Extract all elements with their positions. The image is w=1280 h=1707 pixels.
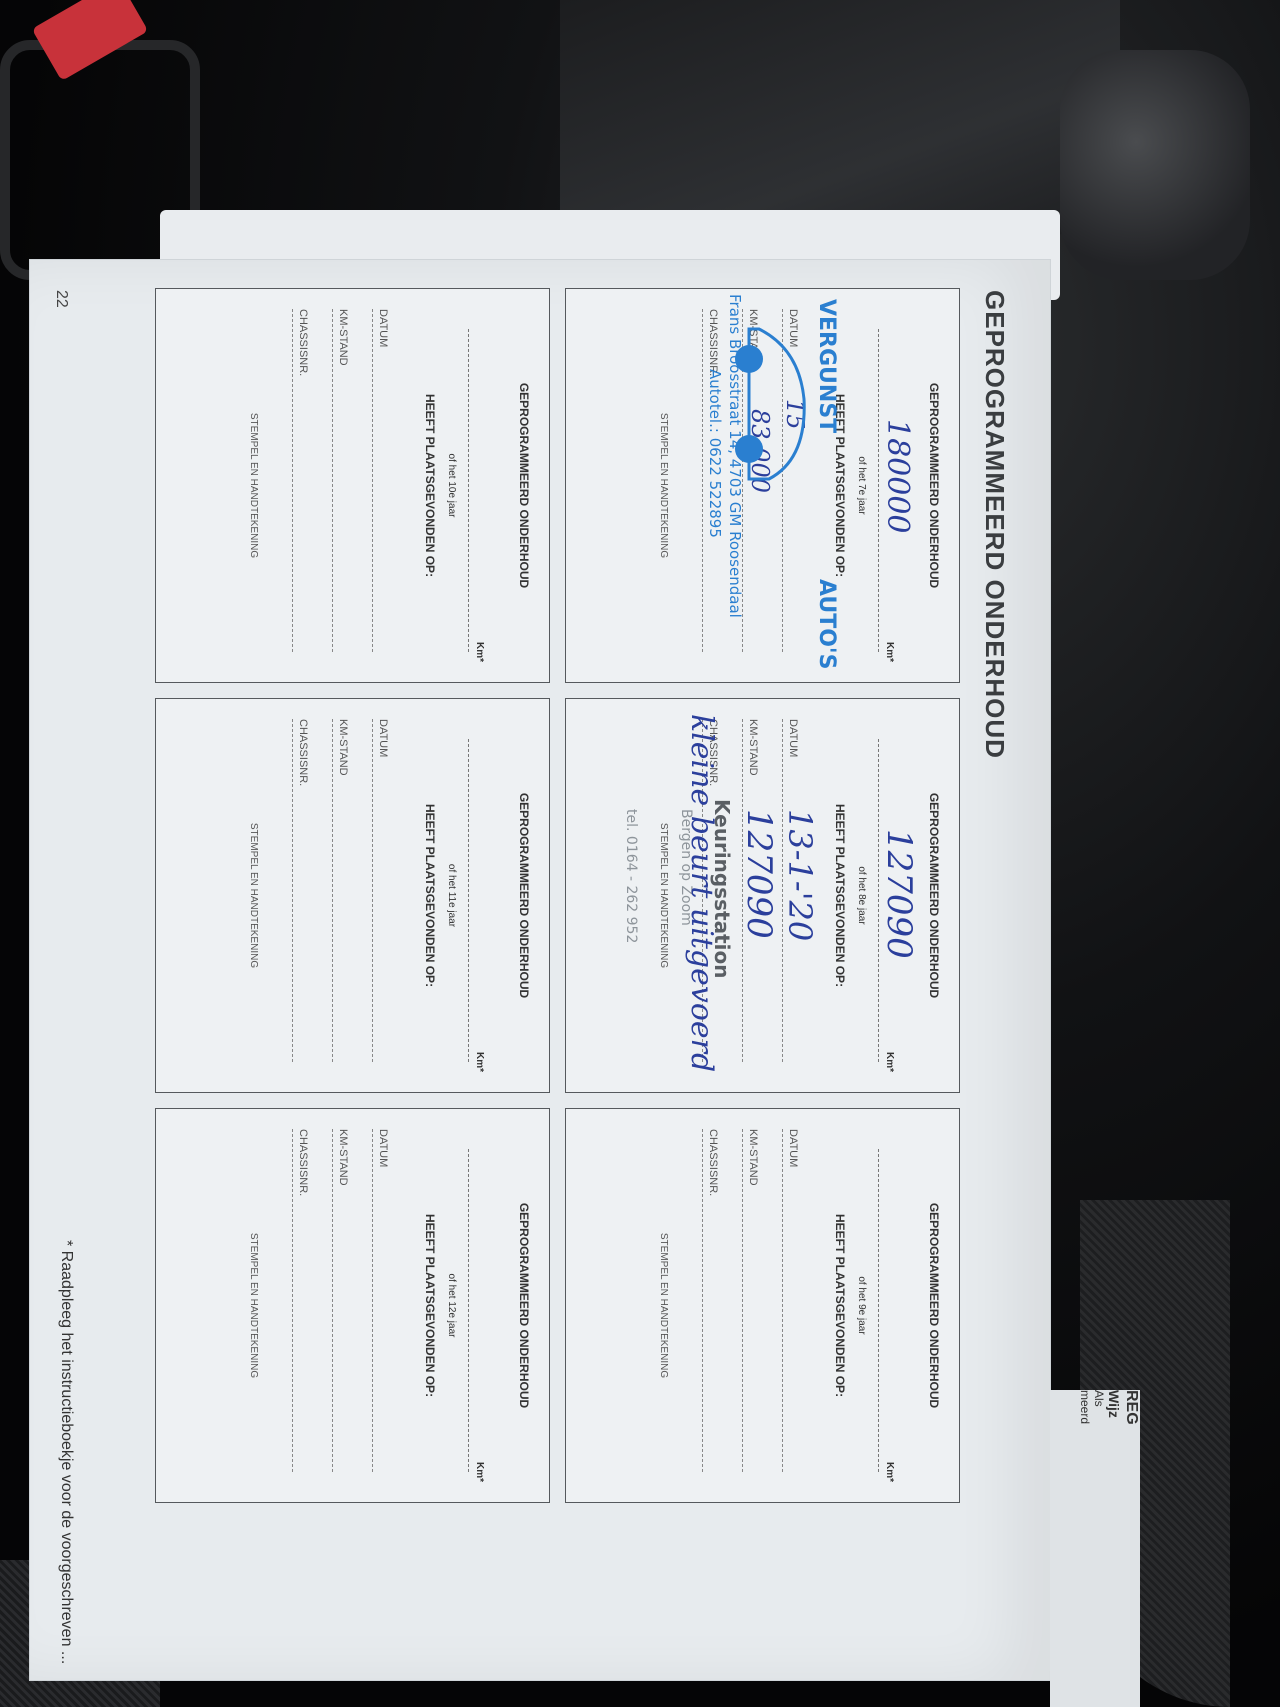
maintenance-card: GEPROGRAMMEERD ONDERHOUD Km* of het 7e j… (565, 288, 960, 683)
facing-page-line: meerd (1078, 1390, 1092, 1707)
card-header: GEPROGRAMMEERD ONDERHOUD (517, 289, 531, 682)
stamp-signature-label: STEMPEL EN HANDTEKENING (658, 699, 669, 1092)
held-at-label: HEEFT PLAATSGEVONDEN OP: (833, 1109, 847, 1502)
chassis-field[interactable]: CHASSISNR. (292, 1129, 309, 1472)
maintenance-card: GEPROGRAMMEERD ONDERHOUD Km* of het 11e … (155, 698, 550, 1093)
handwritten-kmstand: 127090 (739, 809, 779, 939)
held-at-label: HEEFT PLAATSGEVONDEN OP: (423, 289, 437, 682)
maintenance-card: GEPROGRAMMEERD ONDERHOUD Km* of het 8e j… (565, 698, 960, 1093)
kmstand-field[interactable]: KM-STAND (332, 1129, 349, 1472)
km-line[interactable] (468, 329, 491, 652)
page-number: 22 (52, 290, 70, 308)
card-year: of het 12e jaar (446, 1109, 457, 1502)
inspection-stamp-phone: tel. 0164 - 262 952 (623, 809, 639, 943)
kmstand-field[interactable]: KM-STAND (332, 719, 349, 1062)
stamp-signature-label: STEMPEL EN HANDTEKENING (658, 1109, 669, 1502)
km-suffix: Km* (884, 642, 895, 662)
facing-page-line: Als (1092, 1390, 1106, 1707)
km-suffix: Km* (474, 642, 485, 662)
date-field[interactable]: DATUM (782, 1129, 799, 1472)
service-booklet: GEPROGRAMMEERD ONDERHOUD GEPROGRAMMEERD … (20, 210, 1100, 1707)
stamp-signature-label: STEMPEL EN HANDTEKENING (658, 289, 669, 682)
card-year: of het 7e jaar (856, 289, 867, 682)
held-at-label: HEEFT PLAATSGEVONDEN OP: (423, 1109, 437, 1502)
footnote: * Raadpleeg het instructieboekje voor de… (57, 1240, 75, 1664)
page-content: GEPROGRAMMEERD ONDERHOUD GEPROGRAMMEERD … (30, 260, 1050, 1680)
card-header: GEPROGRAMMEERD ONDERHOUD (927, 1109, 941, 1502)
kmstand-field[interactable]: KM-STAND (332, 309, 349, 652)
dealer-stamp-suffix: AUTO'S (814, 579, 839, 670)
km-suffix: Km* (474, 1052, 485, 1072)
facing-page: REG Wijz Als meerd (1050, 1390, 1140, 1707)
handwritten-km: 127090 (879, 829, 919, 959)
maintenance-grid: GEPROGRAMMEERD ONDERHOUD Km* of het 7e j… (100, 288, 960, 1588)
handwritten-km: 180000 (880, 419, 915, 534)
maintenance-card: GEPROGRAMMEERD ONDERHOUD Km* of het 12e … (155, 1108, 550, 1503)
date-field[interactable]: DATUM (372, 1129, 389, 1472)
handwritten-date: 13-1-'20 (781, 809, 819, 941)
card-header: GEPROGRAMMEERD ONDERHOUD (517, 699, 531, 1092)
chassis-field[interactable]: CHASSISNR. (292, 719, 309, 1062)
card-header: GEPROGRAMMEERD ONDERHOUD (927, 699, 941, 1092)
card-header: GEPROGRAMMEERD ONDERHOUD (517, 1109, 531, 1502)
kmstand-field[interactable]: KM-STAND (742, 1129, 759, 1472)
card-header: GEPROGRAMMEERD ONDERHOUD (927, 289, 941, 682)
km-suffix: Km* (884, 1052, 895, 1072)
card-year: of het 9e jaar (856, 1109, 867, 1502)
page-title: GEPROGRAMMEERD ONDERHOUD (979, 290, 1010, 759)
km-line[interactable] (468, 739, 491, 1062)
card-year: of het 10e jaar (446, 289, 457, 682)
car-stamp-icon (729, 319, 819, 489)
facing-page-line: Wijz (1106, 1390, 1122, 1707)
card-year: of het 11e jaar (446, 699, 457, 1092)
km-line[interactable] (468, 1149, 491, 1472)
date-field[interactable]: DATUM (372, 309, 389, 652)
booklet-page: GEPROGRAMMEERD ONDERHOUD GEPROGRAMMEERD … (30, 260, 1050, 1680)
stamp-signature-label: STEMPEL EN HANDTEKENING (248, 289, 259, 682)
held-at-label: HEEFT PLAATSGEVONDEN OP: (423, 699, 437, 1092)
stamp-signature-label: STEMPEL EN HANDTEKENING (248, 699, 259, 1092)
km-suffix: Km* (474, 1462, 485, 1482)
maintenance-card: GEPROGRAMMEERD ONDERHOUD Km* of het 10e … (155, 288, 550, 683)
km-line[interactable] (878, 1149, 901, 1472)
km-suffix: Km* (884, 1462, 895, 1482)
dealer-stamp-phone: Autotel.: 0622 522895 (706, 369, 724, 538)
card-year: of het 8e jaar (856, 699, 867, 1092)
facing-page-heading: REG (1122, 1390, 1140, 1707)
handwritten-note: kleine beurt uitgevoerd (684, 714, 719, 1072)
chassis-field[interactable]: CHASSISNR. (292, 309, 309, 652)
stamp-signature-label: STEMPEL EN HANDTEKENING (248, 1109, 259, 1502)
held-at-label: HEEFT PLAATSGEVONDEN OP: (833, 699, 847, 1092)
maintenance-card: GEPROGRAMMEERD ONDERHOUD Km* of het 9e j… (565, 1108, 960, 1503)
chassis-field[interactable]: CHASSISNR. (702, 1129, 719, 1472)
date-field[interactable]: DATUM (372, 719, 389, 1062)
